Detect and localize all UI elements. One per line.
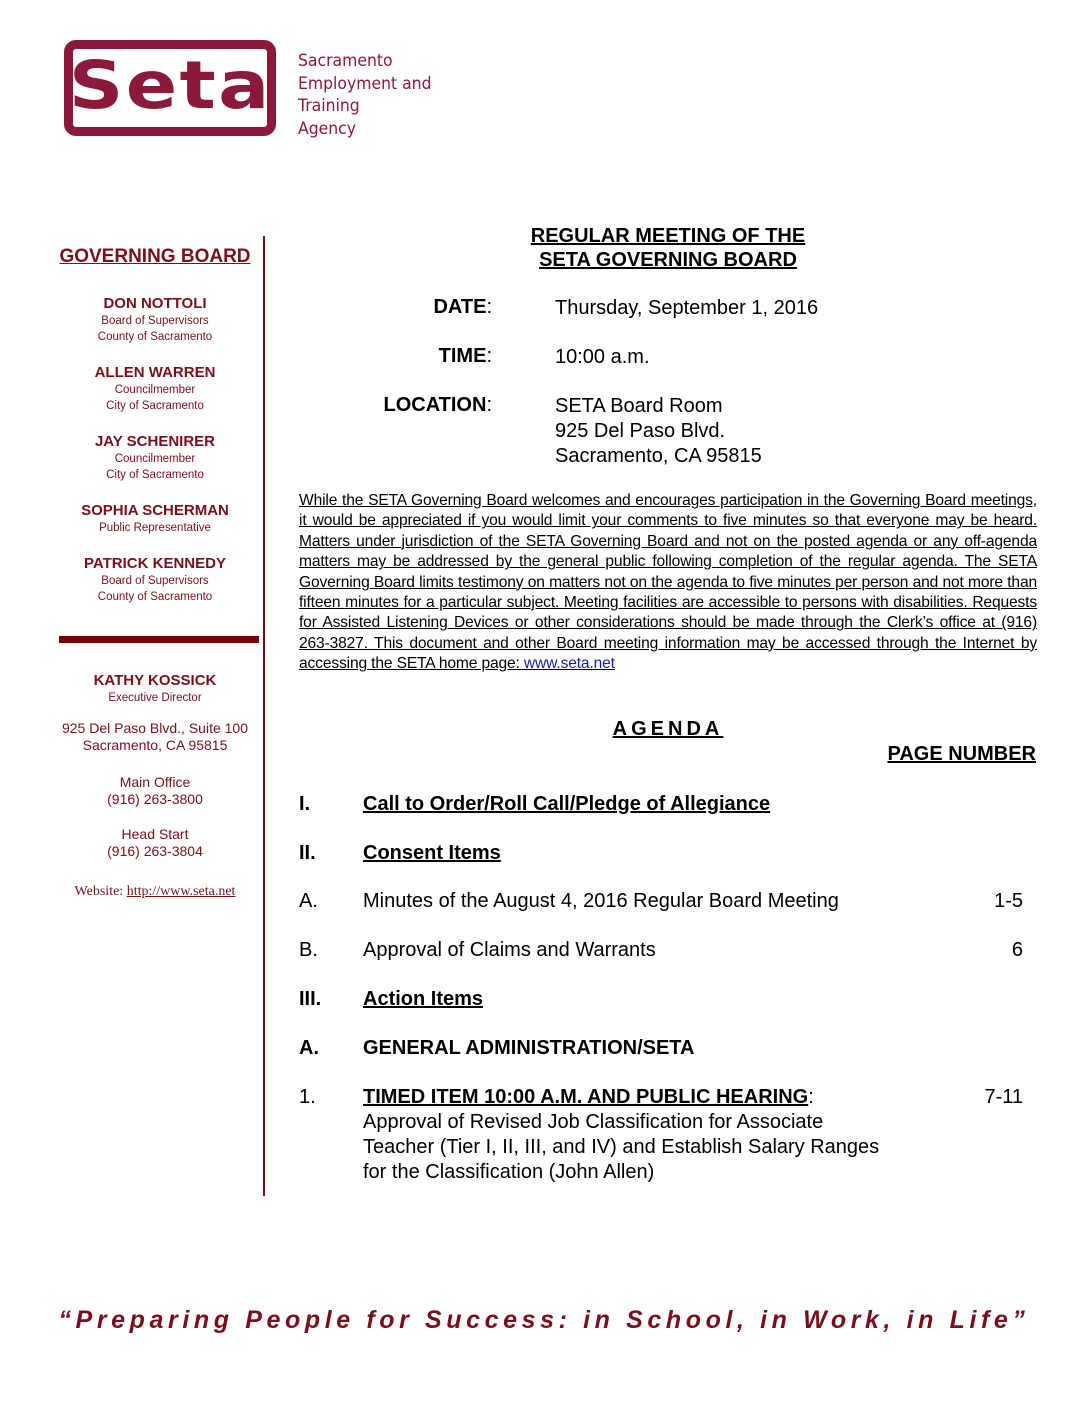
item-number: I. (299, 792, 310, 817)
item-page: 1-5 (994, 889, 1023, 914)
main-office-label: Main Office (48, 774, 262, 791)
item-number: B. (299, 938, 318, 963)
item-text: Call to Order/Roll Call/Pledge of Allegi… (363, 792, 943, 817)
logo-mark: Seta (69, 53, 272, 119)
address-line: Sacramento, CA 95815 (48, 737, 262, 754)
website-link[interactable]: http://www.seta.net (127, 884, 236, 899)
seta-home-link[interactable]: www.seta.net (524, 655, 615, 672)
board-member: DON NOTTOLI Board of Supervisors County … (48, 295, 262, 345)
notice-text: While the SETA Governing Board welcomes … (299, 492, 1037, 672)
item-number: A. (299, 889, 318, 914)
item-text: Consent Items (363, 841, 943, 866)
board-member: SOPHIA SCHERMAN Public Representative (48, 502, 262, 536)
item-text: Minutes of the August 4, 2016 Regular Bo… (363, 889, 943, 914)
member-role: Board of Supervisors (48, 573, 262, 589)
director-name: KATHY KOSSICK (48, 672, 262, 690)
location-line: SETA Board Room (555, 394, 762, 419)
vertical-divider (263, 236, 265, 1196)
item-line: for the Classification (John Allen) (363, 1160, 943, 1185)
director-role: Executive Director (48, 690, 262, 706)
item-number: A. (299, 1036, 319, 1061)
page-number-header: PAGE NUMBER (887, 743, 1036, 766)
item-page: 6 (1012, 938, 1023, 963)
board-member: ALLEN WARREN Councilmember City of Sacra… (48, 364, 262, 414)
member-name: DON NOTTOLI (48, 295, 262, 313)
item-number: 1. (299, 1085, 316, 1110)
item-heading: TIMED ITEM 10:00 A.M. AND PUBLIC HEARING (363, 1086, 808, 1108)
member-role: City of Sacramento (48, 398, 262, 414)
agenda-title: AGENDA (300, 718, 1036, 741)
date-label: DATE: (292, 296, 492, 319)
meeting-title-line: SETA GOVERNING BOARD (539, 249, 797, 271)
member-role: Councilmember (48, 382, 262, 398)
item-number: II. (299, 841, 316, 866)
item-text: Approval of Claims and Warrants (363, 938, 943, 963)
agency-line: Sacramento (298, 50, 432, 73)
member-role: City of Sacramento (48, 467, 262, 483)
main-office-phone: (916) 263-3800 (48, 791, 262, 808)
website-label: Website: (75, 884, 127, 899)
head-start-phone: (916) 263-3804 (48, 843, 262, 860)
sidebar-title: GOVERNING BOARD (48, 246, 262, 268)
member-role: Board of Supervisors (48, 313, 262, 329)
member-role: County of Sacramento (48, 329, 262, 345)
member-role: Councilmember (48, 451, 262, 467)
board-member: PATRICK KENNEDY Board of Supervisors Cou… (48, 555, 262, 605)
item-line: Approval of Revised Job Classification f… (363, 1110, 943, 1135)
member-name: PATRICK KENNEDY (48, 555, 262, 573)
date-value: Thursday, September 1, 2016 (555, 296, 818, 321)
member-name: SOPHIA SCHERMAN (48, 502, 262, 520)
item-number: III. (299, 987, 321, 1012)
meeting-title: REGULAR MEETING OF THE SETA GOVERNING BO… (300, 224, 1036, 272)
seta-logo: Seta (64, 40, 276, 136)
head-start-label: Head Start (48, 826, 262, 843)
item-line: Teacher (Tier I, II, III, and IV) and Es… (363, 1135, 943, 1160)
agency-name: Sacramento Employment and Training Agenc… (298, 50, 432, 140)
member-role: Public Representative (48, 520, 262, 536)
sidebar-divider (59, 636, 259, 643)
member-name: JAY SCHENIRER (48, 433, 262, 451)
public-participation-notice: While the SETA Governing Board welcomes … (299, 491, 1037, 675)
member-name: ALLEN WARREN (48, 364, 262, 382)
item-page: 7-11 (984, 1085, 1023, 1110)
item-text: TIMED ITEM 10:00 A.M. AND PUBLIC HEARING… (363, 1085, 943, 1185)
agency-line: Agency (298, 118, 432, 141)
location-line: 925 Del Paso Blvd. (555, 419, 762, 444)
agency-line: Training (298, 95, 432, 118)
item-text: GENERAL ADMINISTRATION/SETA (363, 1036, 943, 1061)
board-member: JAY SCHENIRER Councilmember City of Sacr… (48, 433, 262, 483)
location-value: SETA Board Room 925 Del Paso Blvd. Sacra… (555, 394, 762, 469)
location-label: LOCATION: (292, 394, 492, 417)
director-contact-block: KATHY KOSSICK Executive Director 925 Del… (48, 672, 262, 900)
item-text: Action Items (363, 987, 943, 1012)
meeting-title-line: REGULAR MEETING OF THE (531, 225, 805, 247)
time-label: TIME: (292, 345, 492, 368)
time-value: 10:00 a.m. (555, 345, 650, 370)
location-line: Sacramento, CA 95815 (555, 444, 762, 469)
governing-board-sidebar: GOVERNING BOARD DON NOTTOLI Board of Sup… (48, 244, 262, 605)
member-role: County of Sacramento (48, 589, 262, 605)
website-line: Website: http://www.seta.net (48, 884, 262, 900)
agency-tagline: “Preparing People for Success: in School… (0, 1306, 1088, 1335)
agency-line: Employment and (298, 73, 432, 96)
address-line: 925 Del Paso Blvd., Suite 100 (48, 720, 262, 737)
